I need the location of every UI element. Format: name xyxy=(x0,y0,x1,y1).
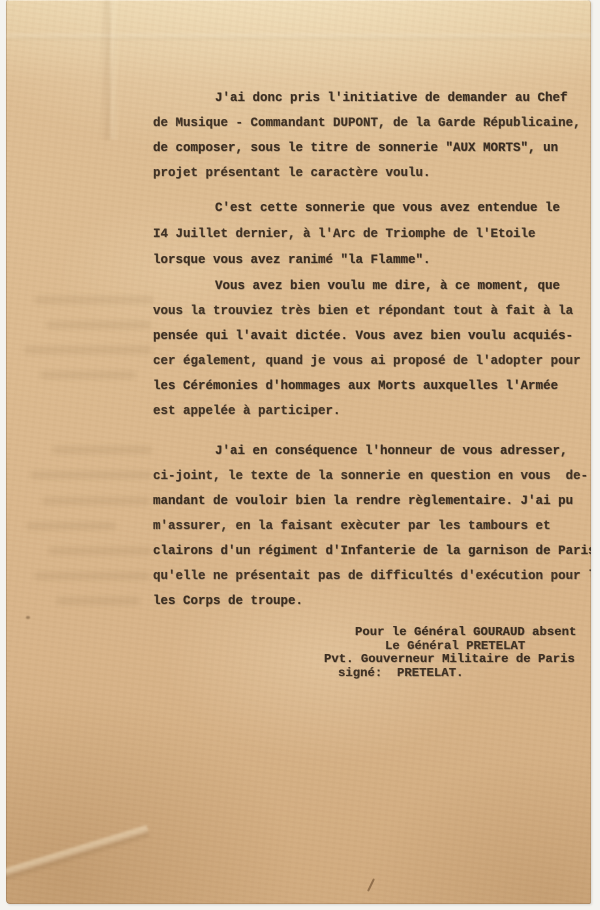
text-line: pensée qui l'avait dictée. Vous avez bie… xyxy=(153,324,591,349)
bleed-through-mark xyxy=(46,321,151,329)
text-line: cer également, quand je vous ai proposé … xyxy=(153,349,591,374)
signature-line: Pour le Général GOURAUD absent xyxy=(355,626,576,640)
corner-fold-crease xyxy=(6,825,151,885)
text-line: mandant de vouloir bien la rendre règlem… xyxy=(153,489,591,514)
text-line: de Musique - Commandant DUPONT, de la Ga… xyxy=(153,111,591,136)
bleed-through-mark xyxy=(26,522,116,530)
paragraph-3: Vous avez bien voulu me dire, à ce momen… xyxy=(153,274,591,424)
bleed-through-mark xyxy=(30,471,152,479)
signature-line: signé: PRETELAT. xyxy=(338,667,576,681)
text-line: de composer, sous le titre de sonnerie "… xyxy=(153,136,591,161)
text-line: J'ai en conséquence l'honneur de vous ad… xyxy=(153,439,591,464)
vertical-crease xyxy=(100,0,120,140)
text-line: J'ai donc pris l'initiative de demander … xyxy=(153,86,591,111)
text-line: m'assurer, en la faisant exècuter par le… xyxy=(153,514,591,539)
paragraph-1: J'ai donc pris l'initiative de demander … xyxy=(153,86,591,186)
bleed-through-mark xyxy=(40,371,136,379)
scanned-letter-page: J'ai donc pris l'initiative de demander … xyxy=(0,0,600,910)
bleed-through-mark xyxy=(42,497,150,505)
bleed-through-mark xyxy=(34,296,154,304)
text-line: qu'elle ne présentait pas de difficultés… xyxy=(153,564,591,589)
text-line: vous la trouviez très bien et répondant … xyxy=(153,299,591,324)
text-line: C'est cette sonnerie que vous avez enten… xyxy=(153,195,591,221)
text-line: lorsque vous avez ranimé "la Flamme". xyxy=(153,247,591,273)
text-line: les Cérémonies d'hommages aux Morts auxq… xyxy=(153,374,591,399)
signature-line: Le Général PRETELAT xyxy=(385,640,576,654)
paragraph-4: J'ai en conséquence l'honneur de vous ad… xyxy=(153,439,591,614)
bleed-through-mark xyxy=(48,547,152,555)
bleed-through-mark xyxy=(24,346,152,354)
ink-speck xyxy=(26,616,30,619)
text-line: clairons d'un régiment d'Infanterie de l… xyxy=(153,539,591,564)
text-line: est appelée à participer. xyxy=(153,399,591,424)
horizontal-crease xyxy=(6,34,591,40)
signature-line: Pvt. Gouverneur Militaire de Paris xyxy=(324,653,576,667)
text-line: les Corps de troupe. xyxy=(153,589,591,614)
paragraph-2: C'est cette sonnerie que vous avez enten… xyxy=(153,195,591,273)
text-line: Vous avez bien voulu me dire, à ce momen… xyxy=(153,274,591,299)
text-line: projet présentant le caractère voulu. xyxy=(153,161,591,186)
fiber-mark xyxy=(367,878,375,891)
bleed-through-mark xyxy=(52,446,152,454)
bleed-through-mark xyxy=(56,597,140,605)
signature-block: Pour le Général GOURAUD absent Le Généra… xyxy=(324,626,576,680)
paper-sheet: J'ai donc pris l'initiative de demander … xyxy=(6,0,591,904)
text-line: ci-joint, le texte de la sonnerie en que… xyxy=(153,464,591,489)
text-line: I4 Juillet dernier, à l'Arc de Triomphe … xyxy=(153,221,591,247)
bleed-through-mark xyxy=(34,572,150,580)
